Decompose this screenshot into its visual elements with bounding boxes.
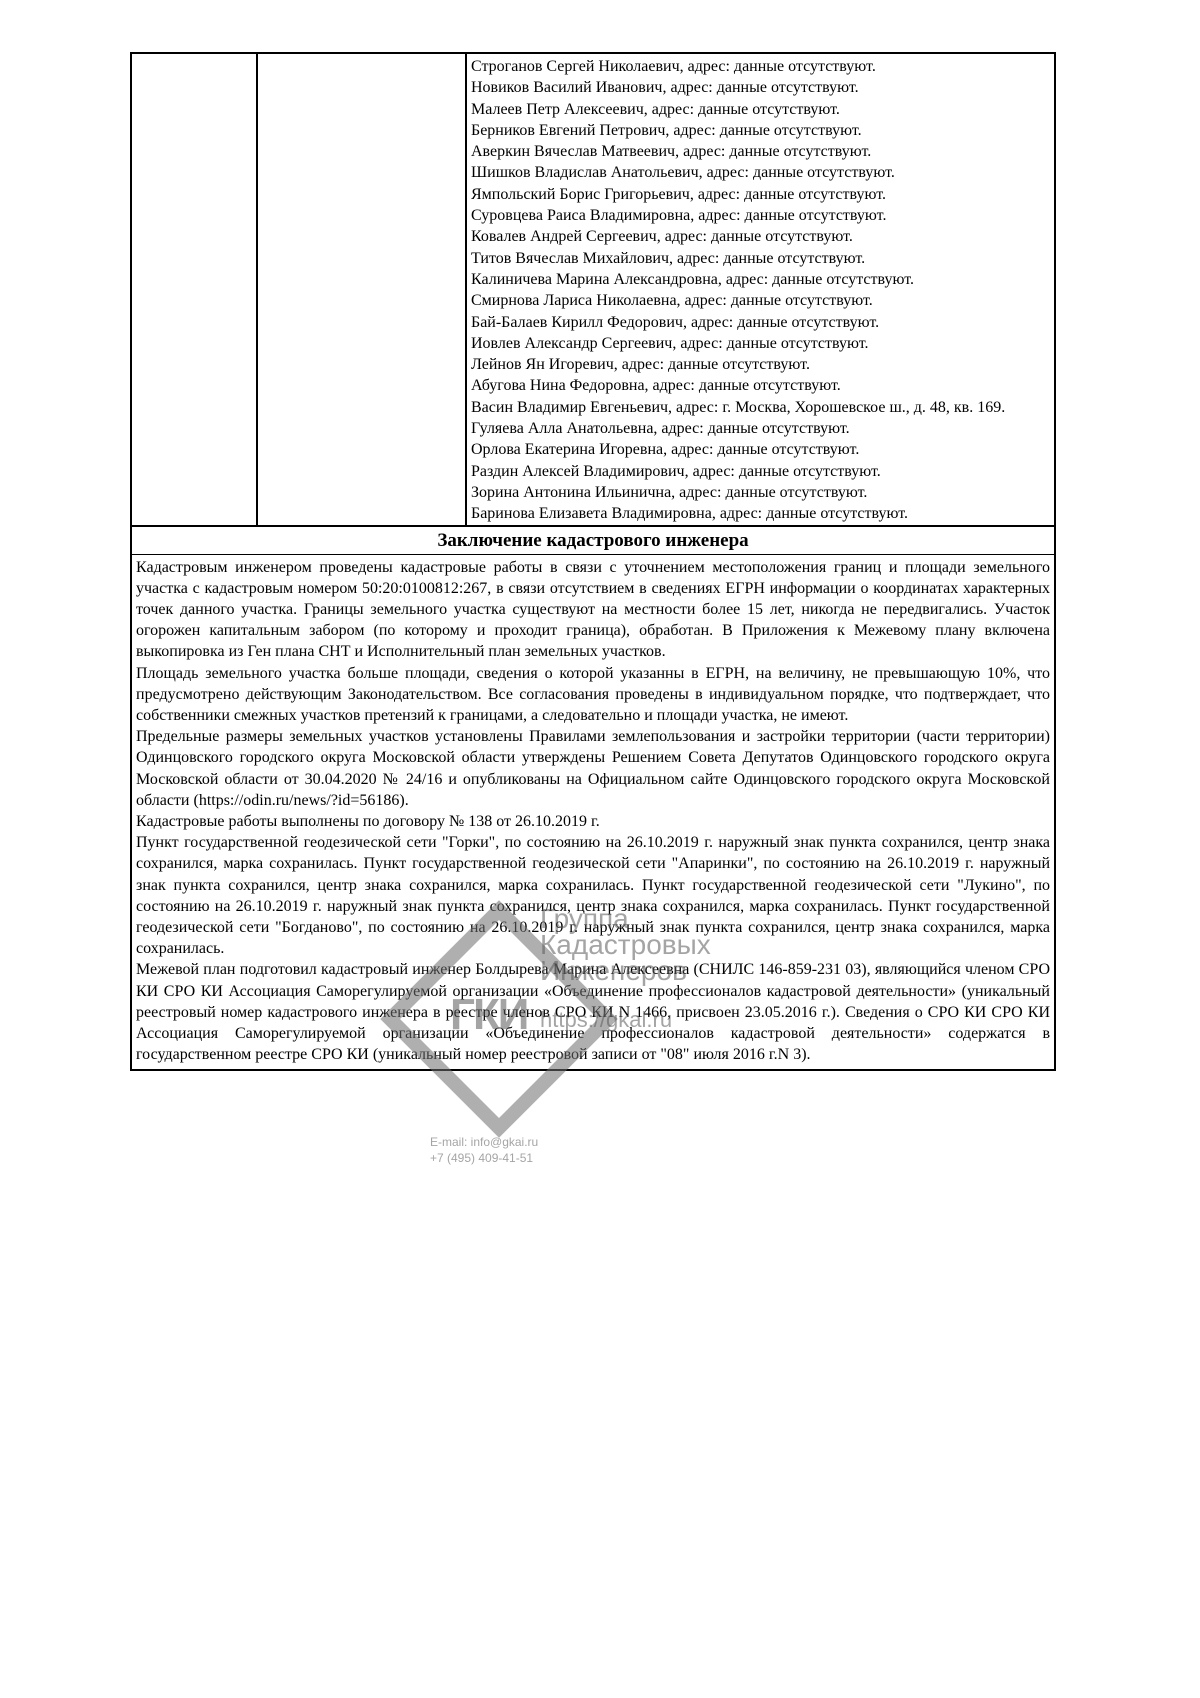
owner-entry: Баринова Елизавета Владимировна, адрес: … xyxy=(471,503,1050,524)
conclusion-paragraph: Кадастровые работы выполнены по договору… xyxy=(136,811,1050,832)
owner-entry: Иовлев Александр Сергеевич, адрес: данны… xyxy=(471,333,1050,354)
conclusion-section: Заключение кадастрового инженера Кадастр… xyxy=(130,527,1056,1072)
conclusion-paragraph: Предельные размеры земельных участков ус… xyxy=(136,726,1050,811)
owner-entry: Суровцева Раиса Владимировна, адрес: дан… xyxy=(471,205,1050,226)
conclusion-body: Кадастровым инженером проведены кадастро… xyxy=(132,555,1054,1070)
owner-entry: Новиков Василий Иванович, адрес: данные … xyxy=(471,77,1050,98)
conclusion-paragraph: Пункт государственной геодезической сети… xyxy=(136,832,1050,959)
owners-table-empty-cell-1 xyxy=(131,53,257,526)
owner-entry: Васин Владимир Евгеньевич, адрес: г. Мос… xyxy=(471,397,1050,418)
conclusion-paragraph: Площадь земельного участка больше площад… xyxy=(136,663,1050,727)
owner-entry: Гуляева Алла Анатольевна, адрес: данные … xyxy=(471,418,1050,439)
conclusion-paragraph: Кадастровым инженером проведены кадастро… xyxy=(136,557,1050,663)
watermark-phone: +7 (495) 409-41-51 xyxy=(430,1151,533,1165)
conclusion-title: Заключение кадастрового инженера xyxy=(132,527,1054,555)
owner-entry: Зорина Антонина Ильинична, адрес: данные… xyxy=(471,482,1050,503)
owner-entry: Ковалев Андрей Сергеевич, адрес: данные … xyxy=(471,226,1050,247)
owner-entry: Строганов Сергей Николаевич, адрес: данн… xyxy=(471,56,1050,77)
owner-entry: Калиничева Марина Александровна, адрес: … xyxy=(471,269,1050,290)
owner-entry: Титов Вячеслав Михайлович, адрес: данные… xyxy=(471,248,1050,269)
document-page: Строганов Сергей Николаевич, адрес: данн… xyxy=(130,52,1056,1071)
owner-entry: Смирнова Лариса Николаевна, адрес: данны… xyxy=(471,290,1050,311)
owners-list-cell: Строганов Сергей Николаевич, адрес: данн… xyxy=(466,53,1055,526)
owner-entry: Малеев Петр Алексеевич, адрес: данные от… xyxy=(471,99,1050,120)
owner-entry: Орлова Екатерина Игоревна, адрес: данные… xyxy=(471,439,1050,460)
owner-entry: Шишков Владислав Анатольевич, адрес: дан… xyxy=(471,162,1050,183)
owners-list: Строганов Сергей Николаевич, адрес: данн… xyxy=(471,56,1050,525)
owner-entry: Ямпольский Борис Григорьевич, адрес: дан… xyxy=(471,184,1050,205)
owner-entry: Абугова Нина Федоровна, адрес: данные от… xyxy=(471,375,1050,396)
owner-entry: Лейнов Ян Игоревич, адрес: данные отсутс… xyxy=(471,354,1050,375)
conclusion-paragraph: Межевой план подготовил кадастровый инже… xyxy=(136,959,1050,1065)
owner-entry: Берников Евгений Петрович, адрес: данные… xyxy=(471,120,1050,141)
watermark-email: E-mail: info@gkai.ru xyxy=(430,1135,538,1149)
owner-entry: Аверкин Вячеслав Матвеевич, адрес: данны… xyxy=(471,141,1050,162)
owners-table-empty-cell-2 xyxy=(257,53,466,526)
owner-entry: Бай-Балаев Кирилл Федорович, адрес: данн… xyxy=(471,312,1050,333)
owner-entry: Раздин Алексей Владимирович, адрес: данн… xyxy=(471,461,1050,482)
owners-table: Строганов Сергей Николаевич, адрес: данн… xyxy=(130,52,1056,527)
